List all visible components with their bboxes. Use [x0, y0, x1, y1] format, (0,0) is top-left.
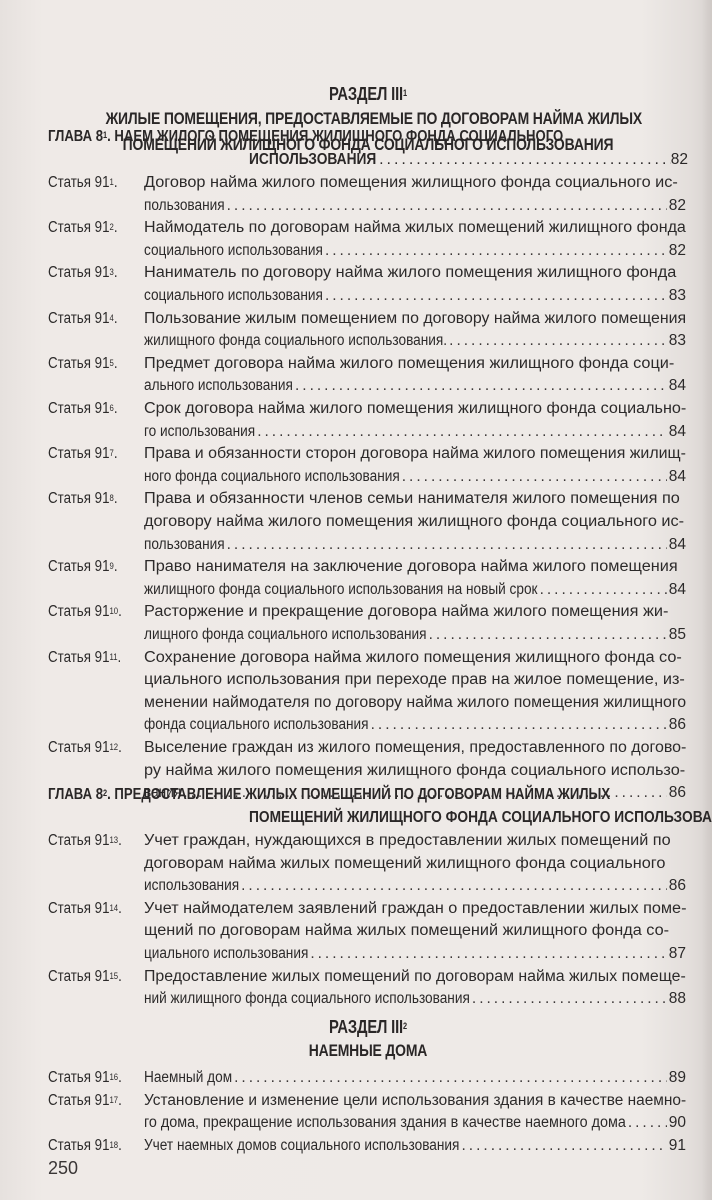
article-title: Учет наймодателем заявлений граждан о пр… — [144, 898, 686, 966]
article-number: Статья 9116. — [48, 1067, 125, 1089]
article-title-line: Наемный дом — [144, 1067, 232, 1089]
chapter-title-line: ПОМЕЩЕНИЙ ЖИЛИЩНОГО ФОНДА СОЦИАЛЬНОГО ИС… — [249, 806, 688, 829]
article-number: Статья 919. — [48, 556, 125, 578]
article-title-line: ру найма жилого помещения жилищного фонд… — [144, 760, 685, 782]
article-number: Статья 912. — [48, 217, 125, 239]
article-number: Статья 9114. — [48, 898, 125, 920]
article-title: Договор найма жилого помещения жилищного… — [144, 172, 686, 217]
article-number: Статья 911. — [48, 172, 125, 194]
page-ref: 86 — [669, 714, 686, 736]
article-title-line: ального использования — [144, 375, 293, 397]
article-number: Статья 917. — [48, 443, 125, 465]
article-title: Права и обязанности членов семьи нанимат… — [144, 488, 686, 556]
article-number: Статья 916. — [48, 398, 125, 420]
article-number: Статья 9112. — [48, 737, 125, 759]
leader-dots: ........................................… — [429, 624, 667, 646]
article-title: Учет наемных домов социального использов… — [144, 1135, 686, 1158]
leader-dots: ........................................… — [371, 714, 667, 736]
article-title-line: жилищного фонда социального использовани… — [144, 330, 447, 352]
article-title-line: договору найма жилого помещения жилищног… — [144, 511, 684, 533]
article-title-line: Предоставление жилых помещений по догово… — [144, 966, 686, 988]
article-number: Статья 9111. — [48, 647, 125, 669]
page-number: 250 — [48, 1158, 78, 1179]
article-title-line: менении наймодателя по договору найма жи… — [144, 692, 686, 714]
article-number: Статья 9118. — [48, 1135, 125, 1157]
article-title-line: фонда социального использования — [144, 714, 369, 736]
article-title-line: Срок договора найма жилого помещения жил… — [144, 398, 686, 420]
article-number: Статья 9113. — [48, 830, 125, 852]
page-ref: 82 — [671, 148, 688, 171]
leader-dots: ........................................… — [241, 875, 667, 897]
article-title-line: Права и обязанности членов семьи нанимат… — [144, 488, 680, 510]
article-title-line: Договор найма жилого помещения жилищного… — [144, 172, 678, 194]
article-title-line: социального использования — [144, 240, 323, 262]
article-title: Сохранение договора найма жилого помещен… — [144, 647, 686, 737]
article-title-line: Установление и изменение цели использова… — [144, 1090, 686, 1112]
leader-dots: ........................................… — [325, 285, 667, 307]
article-title-line: жилищного фонда социального использовани… — [144, 579, 538, 601]
article-title-line: использования — [144, 875, 239, 897]
page-ref: 84 — [669, 421, 686, 443]
article-number: Статья 9117. — [48, 1090, 125, 1112]
chapter-entry-8-2[interactable]: ГЛАВА 82. ПРЕДОСТАВЛЕНИЕ ЖИЛЫХ ПОМЕЩЕНИЙ… — [48, 783, 688, 806]
article-title: Учет граждан, нуждающихся в предоставлен… — [144, 830, 686, 898]
chapter-title-text: ИСПОЛЬЗОВАНИЯ — [249, 148, 376, 171]
page-ref: 83 — [669, 285, 686, 307]
article-title-line: го дома, прекращение использования здани… — [144, 1112, 626, 1134]
page-edge-shadow — [702, 0, 712, 1200]
article-number: Статья 9115. — [48, 966, 125, 988]
leader-dots: ........................................… — [449, 330, 667, 352]
article-title-line: пользования — [144, 534, 225, 556]
article-number: Статья 914. — [48, 308, 125, 330]
article-title-line: го использования — [144, 421, 255, 443]
chapter-title-text: ПОМЕЩЕНИЙ ЖИЛИЩНОГО ФОНДА СОЦИАЛЬНОГО ИС… — [249, 806, 712, 829]
article-title-line: пользования — [144, 195, 225, 217]
article-title-line: Право нанимателя на заключение договора … — [144, 556, 678, 578]
leader-dots: ........................................… — [227, 534, 667, 556]
leader-dots: ........................................… — [227, 195, 667, 217]
page-ref: 88 — [669, 988, 686, 1010]
article-title-line: Пользование жилым помещением по договору… — [144, 308, 686, 330]
leader-dots: ........................................… — [461, 1135, 666, 1157]
article-title-line: Учет наймодателем заявлений граждан о пр… — [144, 898, 686, 920]
page-ref: 84 — [669, 466, 686, 488]
article-title: Право нанимателя на заключение договора … — [144, 556, 686, 601]
article-title-line: Учет наемных домов социального использов… — [144, 1135, 459, 1157]
article-title-line: ного фонда социального использования — [144, 466, 400, 488]
page-ref: 83 — [669, 330, 686, 352]
article-title: Расторжение и прекращение договора найма… — [144, 601, 686, 646]
leader-dots: ........................................… — [234, 1067, 667, 1089]
article-title: Установление и изменение цели использова… — [144, 1090, 686, 1135]
book-page: РАЗДЕЛ III1 ЖИЛЫЕ ПОМЕЩЕНИЯ, ПРЕДОСТАВЛЯ… — [0, 0, 712, 1200]
page-ref: 82 — [669, 240, 686, 262]
page-ref: 84 — [669, 375, 686, 397]
article-title: Предоставление жилых помещений по догово… — [144, 966, 686, 1011]
page-ref: 90 — [669, 1112, 686, 1134]
page-ref: 82 — [669, 195, 686, 217]
article-title: Наниматель по договору найма жилого поме… — [144, 262, 686, 307]
page-ref: 87 — [669, 943, 686, 965]
leader-dots: ........................................… — [402, 466, 667, 488]
leader-dots: ........................................… — [257, 421, 667, 443]
article-title-line: социального использования — [144, 285, 323, 307]
page-ref: 86 — [669, 875, 686, 897]
article-title-line: Выселение граждан из жилого помещения, п… — [144, 737, 686, 759]
page-ref: 91 — [669, 1135, 686, 1157]
article-title-line: лищного фонда социального использования — [144, 624, 427, 646]
page-ref: 89 — [669, 1067, 686, 1089]
article-title-line: циального использования — [144, 943, 308, 965]
leader-dots: ........................................… — [540, 579, 667, 601]
chapter-entry-8-1[interactable]: ГЛАВА 81. НАЕМ ЖИЛОГО ПОМЕЩЕНИЯ ЖИЛИЩНОГ… — [48, 125, 688, 148]
article-title-line: циального использования при переходе пра… — [144, 669, 685, 691]
leader-dots: ........................................… — [295, 375, 667, 397]
leader-dots: ........................................… — [628, 1112, 667, 1134]
article-number: Статья 9110. — [48, 601, 125, 623]
page-ref: 84 — [669, 579, 686, 601]
article-title-line: Наниматель по договору найма жилого поме… — [144, 262, 676, 284]
page-ref: 85 — [669, 624, 686, 646]
section-subtitle-line: НАЕМНЫЕ ДОМА — [106, 1039, 631, 1063]
article-title-line: Расторжение и прекращение договора найма… — [144, 601, 668, 623]
article-title-line: Права и обязанности сторон договора найм… — [144, 443, 686, 465]
article-title: Наймодатель по договорам найма жилых пом… — [144, 217, 686, 262]
article-title: Срок договора найма жилого помещения жил… — [144, 398, 686, 443]
article-title: Предмет договора найма жилого помещения … — [144, 353, 686, 398]
article-title-line: ний жилищного фонда социального использо… — [144, 988, 470, 1010]
article-title-line: Учет граждан, нуждающихся в предоставлен… — [144, 830, 671, 852]
article-title-line: щений по договорам найма жилых помещений… — [144, 920, 669, 942]
article-title-line: договорам найма жилых помещений жилищног… — [144, 853, 665, 875]
article-number: Статья 913. — [48, 262, 125, 284]
article-title: Права и обязанности сторон договора найм… — [144, 443, 686, 488]
section-header-2: РАЗДЕЛ III2 НАЕМНЫЕ ДОМА — [48, 1015, 688, 1063]
article-title-line: Сохранение договора найма жилого помещен… — [144, 647, 682, 669]
article-title-line: Наймодатель по договорам найма жилых пом… — [144, 217, 686, 239]
leader-dots: ........................................… — [310, 943, 666, 965]
article-number: Статья 918. — [48, 488, 125, 510]
article-title: Пользование жилым помещением по договору… — [144, 308, 686, 353]
leader-dots: ........................................… — [325, 240, 667, 262]
section-title: РАЗДЕЛ III2 — [106, 1015, 631, 1039]
leader-dots: ........................................… — [379, 148, 671, 171]
chapter-title-line: ГЛАВА 82. ПРЕДОСТАВЛЕНИЕ ЖИЛЫХ ПОМЕЩЕНИЙ… — [48, 783, 610, 806]
chapter-title-line: ИСПОЛЬЗОВАНИЯ ..........................… — [249, 148, 688, 171]
section-title: РАЗДЕЛ III1 — [106, 82, 631, 106]
article-number: Статья 915. — [48, 353, 125, 375]
page-ref: 84 — [669, 534, 686, 556]
leader-dots: ........................................… — [472, 988, 667, 1010]
article-title: Наемный дом.............................… — [144, 1067, 686, 1090]
article-title-line: Предмет договора найма жилого помещения … — [144, 353, 674, 375]
chapter-title-line: ГЛАВА 81. НАЕМ ЖИЛОГО ПОМЕЩЕНИЯ ЖИЛИЩНОГ… — [48, 125, 563, 148]
